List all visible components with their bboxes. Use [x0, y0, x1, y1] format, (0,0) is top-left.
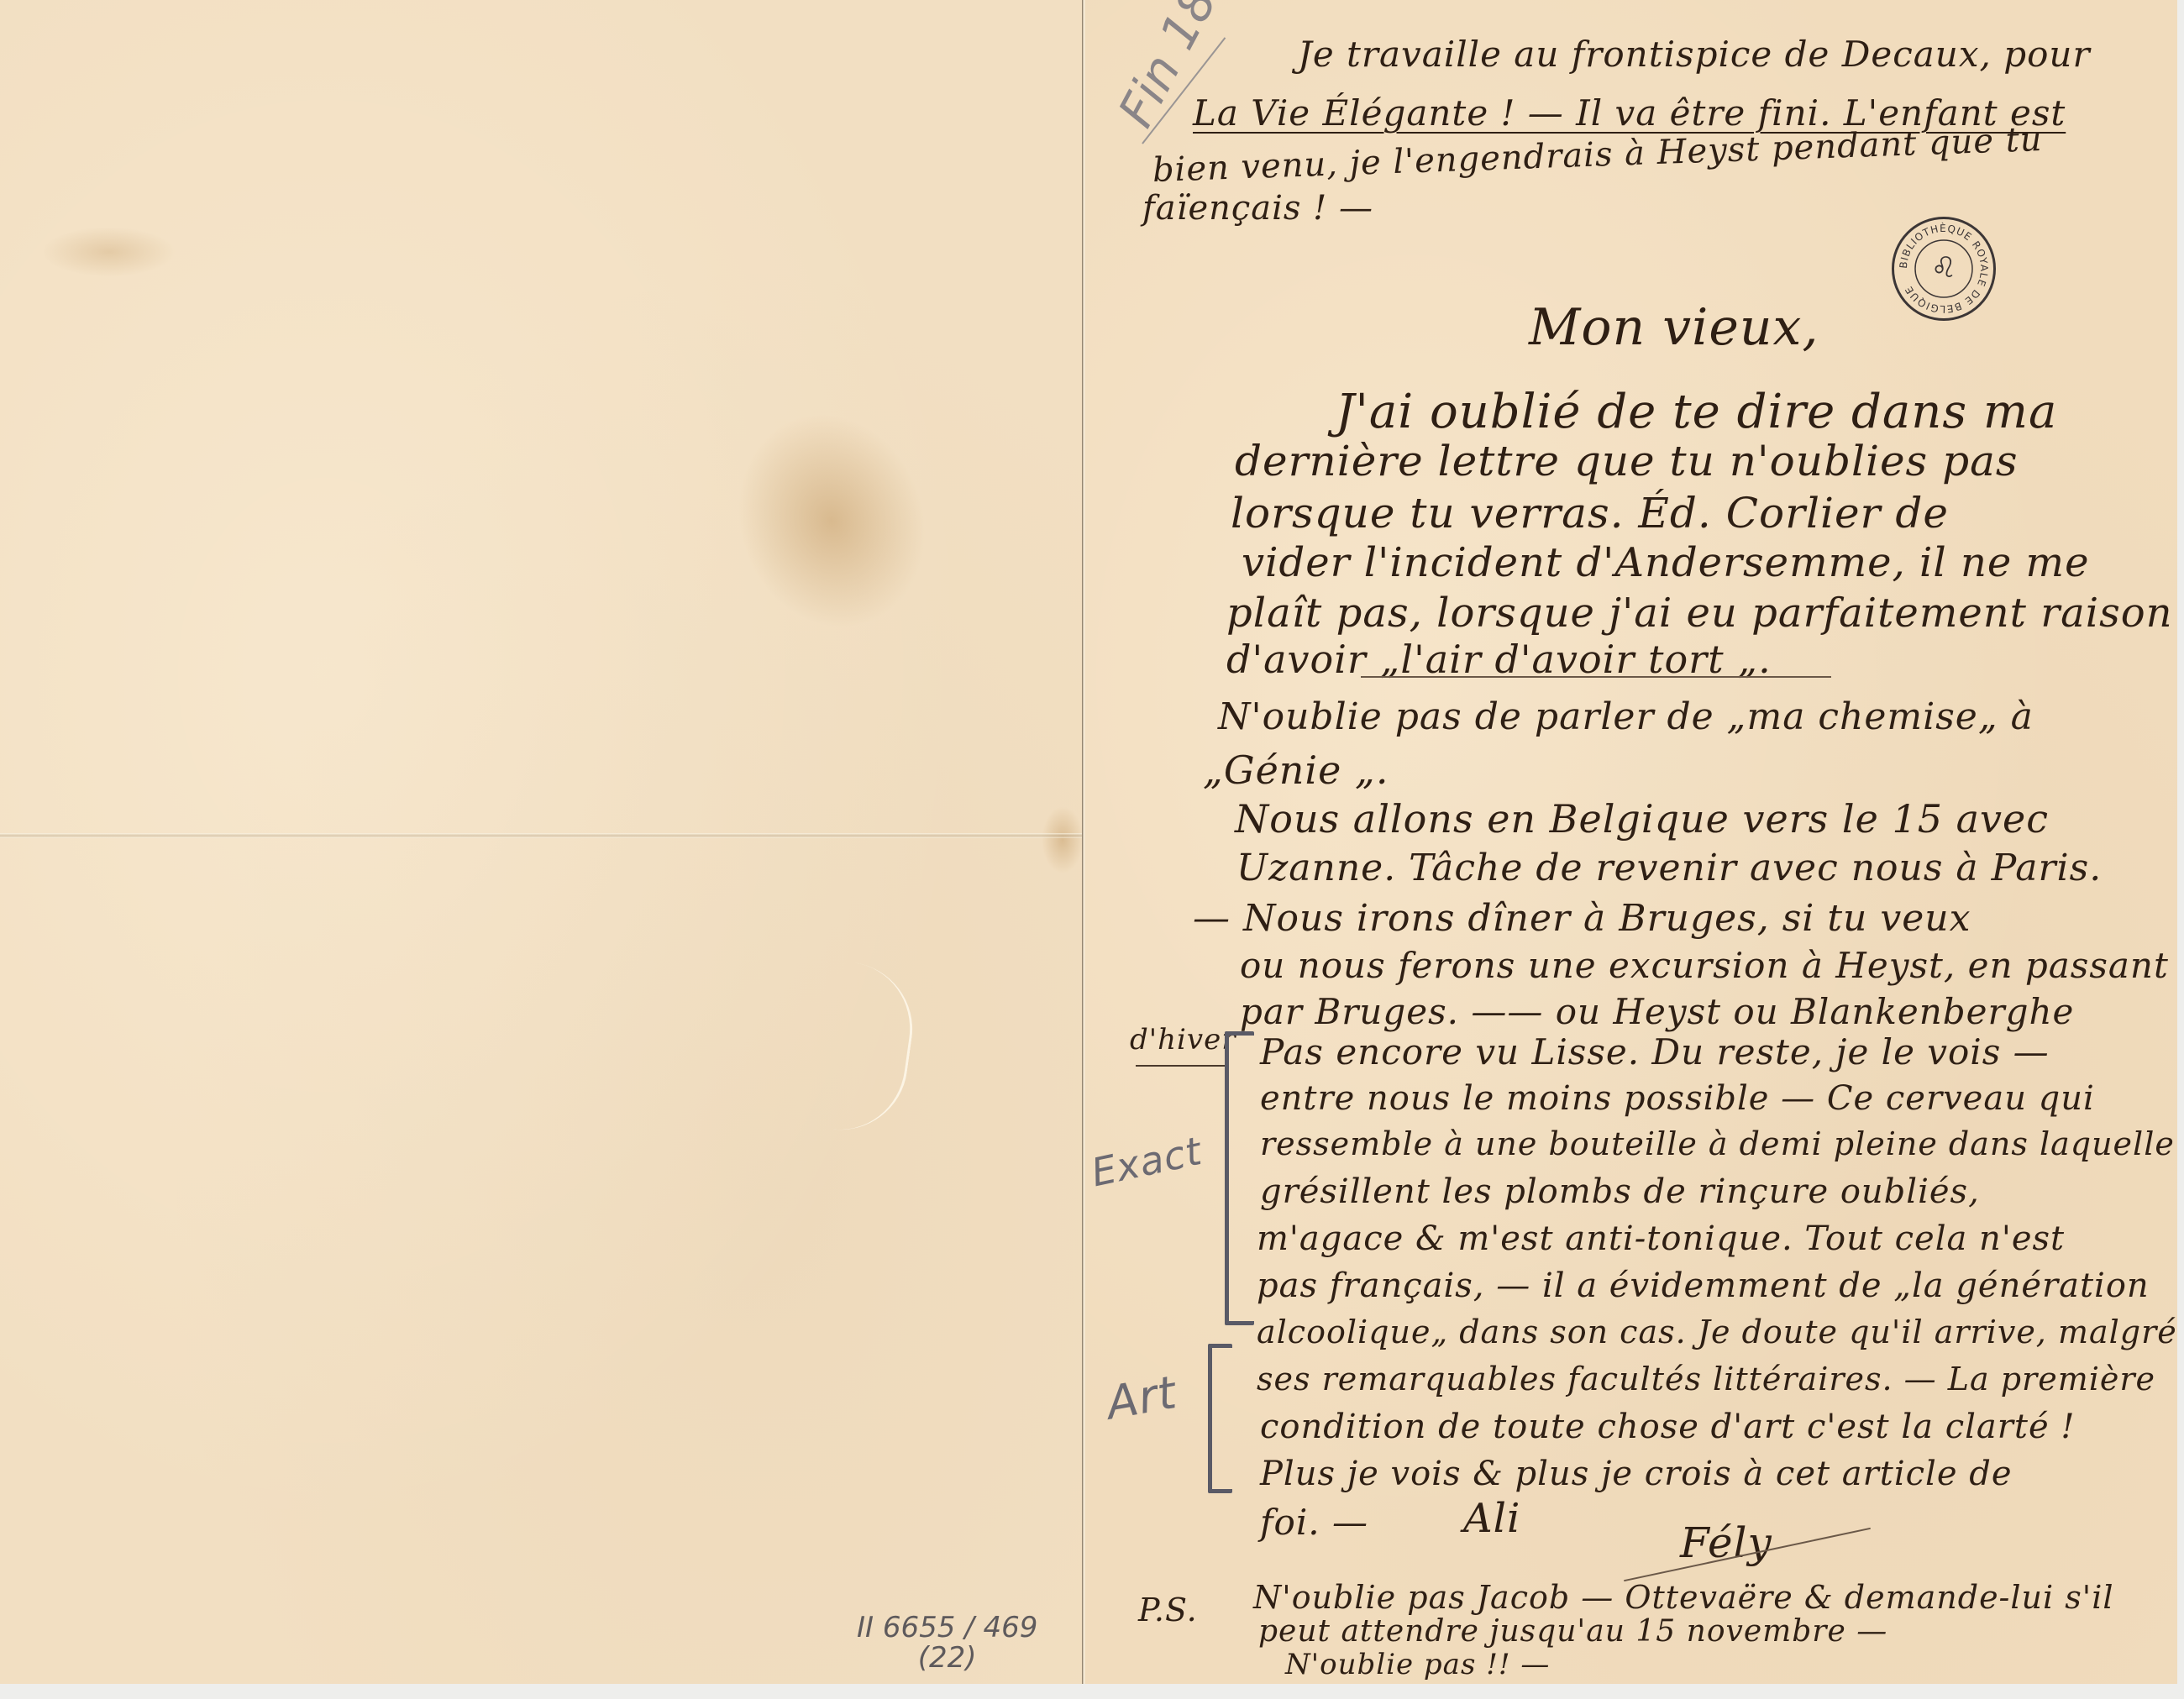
foxing-stain: [42, 227, 176, 277]
ps-line-2: peut attendre jusqu'au 15 novembre —: [1258, 1614, 1887, 1649]
para1-line-5: plaît pas, lorsque j'ai eu parfaitement …: [1226, 590, 2173, 637]
para2-line-2: „Génie „.: [1203, 747, 1389, 793]
para4-line-2: entre nous le moins possible — Ce cervea…: [1260, 1079, 2095, 1118]
top-note-line-4: faïençais ! —: [1142, 189, 1373, 228]
scanned-letter: II 6655 / 469 (22) Fin 1881 Je travaille…: [0, 0, 2184, 1699]
margin-word: d'hiver: [1130, 1023, 1236, 1057]
para1-line-4: vider l'incident d'Andersemme, il ne me: [1242, 539, 2089, 586]
para1-line-1: J'ai oublié de te dire dans ma: [1336, 385, 2057, 439]
call-number-line-1: II 6655 / 469: [857, 1612, 1037, 1643]
top-note-line-1: Je travaille au frontispice de Decaux, p…: [1298, 34, 2091, 75]
para3-line-1: Nous allons en Belgique vers le 15 avec: [1235, 796, 2049, 842]
call-number-line-2: (22): [857, 1643, 1037, 1673]
ps-line-1: N'oublie pas Jacob — Ottevaëre & demande…: [1253, 1579, 2114, 1616]
para4-line-3: ressemble à une bouteille à demi pleine …: [1260, 1125, 2175, 1162]
para4-line-7: alcoolique„ dans son cas. Je doute qu'il…: [1257, 1314, 2177, 1350]
para3-line-3: — Nous irons dîner à Bruges, si tu veux: [1193, 897, 1971, 940]
para4-line-9: condition de toute chose d'art c'est la …: [1260, 1408, 2075, 1446]
para3-line-4: ou nous ferons une excursion à Heyst, en…: [1240, 945, 2169, 986]
para1-line-3: lorsque tu verras. Éd. Corlier de: [1231, 489, 1949, 537]
water-stain: [707, 386, 956, 655]
para1-line-2: dernière lettre que tu n'oublies pas: [1235, 437, 2019, 485]
para4-line-4: grésillent les plombs de rinçure oubliés…: [1260, 1172, 1980, 1211]
lion-icon: ♌: [1926, 249, 1961, 286]
para3-line-5: par Bruges. —— ou Heyst ou Blankenberghe: [1240, 991, 2074, 1032]
ps-line-3: N'oublie pas !! —: [1285, 1648, 1550, 1681]
para4-line-6: pas français, — il a évidemment de „la g…: [1257, 1266, 2150, 1305]
library-stamp: BIBLIOTHÈQUE ROYALE DE BELGIQUE ♌: [1892, 217, 1996, 321]
para3-line-2: Uzanne. Tâche de revenir avec nous à Par…: [1236, 847, 2102, 889]
para4-line-10: Plus je vois & plus je crois à cet artic…: [1260, 1455, 2013, 1493]
left-page: II 6655 / 469 (22): [0, 0, 1084, 1684]
para4-line-11: foi. —: [1260, 1502, 1368, 1543]
para4-line-8: ses remarquables facultés littéraires. —…: [1257, 1361, 2155, 1397]
pencil-bracket-exact: [1225, 1031, 1254, 1325]
para4-line-5: m'agace & m'est anti-tonique. Tout cela …: [1257, 1219, 2065, 1258]
pencil-bracket-art: [1208, 1344, 1232, 1493]
para2-line-1: N'oublie pas de parler de „ma chemise„ à: [1218, 695, 2034, 738]
rust-stain: [1042, 806, 1084, 873]
para1-line-6: d'avoir „l'air d'avoir tort „.: [1226, 637, 1772, 682]
blind-emboss-mark: [821, 962, 921, 1139]
ps-label: P.S.: [1138, 1592, 1198, 1628]
closing: Ali: [1463, 1495, 1520, 1542]
margin-tick: [1136, 1065, 1228, 1067]
para4-line-1: Pas encore vu Lisse. Du reste, je le voi…: [1260, 1031, 2050, 1072]
separator-stroke: [1361, 676, 1831, 678]
salutation: Mon vieux,: [1529, 298, 1819, 357]
horizontal-fold-crease: [0, 833, 1084, 838]
library-call-number: II 6655 / 469 (22): [857, 1612, 1037, 1673]
